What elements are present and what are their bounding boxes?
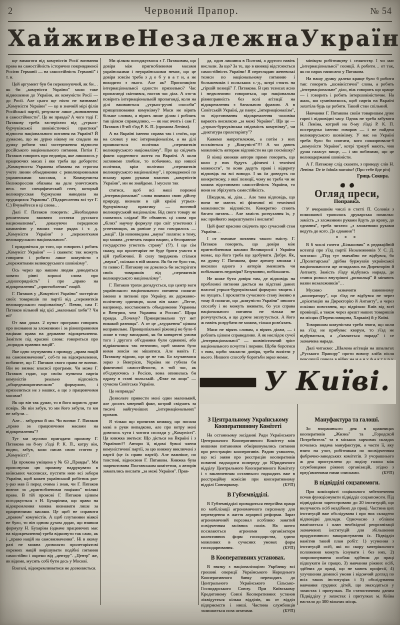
article-title: Мануфактура та галоші.	[302, 417, 392, 424]
column-3-text: да, один лишився в Полтаві, а другого на…	[201, 58, 295, 362]
paragraph: В кінці книжки автори прямо говорять, що…	[201, 155, 295, 194]
headline-word: Незалежна	[137, 26, 300, 52]
article-body: В Губземвідділі провадиться енергійна пр…	[201, 501, 295, 551]
paragraph: На нашу думку далеко краще було б робити…	[300, 76, 394, 109]
paragraph: І от значиме питання такого змісту. Г. П…	[201, 236, 295, 275]
column-4-bottom: Мануфактура та галоші.Зо вчорашнього дня…	[300, 408, 394, 619]
article-title: В підвідділі соцзапомоги.	[302, 480, 392, 487]
paragraph: Маси не вірять словам, а вірять ділам, —…	[201, 327, 295, 360]
paragraph: Навчання Г. Пятакова своїм товаришам дуж…	[300, 111, 394, 161]
paragraph: Тут ми мусимо пригадати промову Г. Пятак…	[6, 436, 98, 458]
column-3-top: да, один лишився в Полтаві, а другого на…	[201, 58, 295, 362]
agency-credit: (БУП)	[283, 608, 295, 614]
paragraph: Яке одно глупування з приводу „права нац…	[6, 349, 98, 399]
paragraph: І придивіться до того, що говорить і роб…	[6, 244, 98, 266]
headline-word: Українська	[301, 26, 400, 52]
paragraph: Я тільки що прочитав книжку, що попала м…	[103, 419, 196, 474]
paragraph: Але… забудемо й ми. Чи визнає Г. Пятаков…	[6, 418, 98, 435]
paragraph: Дозвольте привести мені один маленький, …	[103, 396, 196, 418]
column-3-bottom: З Центральному Українському Кооперативно…	[201, 408, 295, 619]
kyiv-section-title: У Київі.	[264, 367, 391, 397]
page-number: 2	[8, 6, 13, 16]
column-divider	[297, 58, 298, 605]
masthead: 2 Червоний Прапор. № 54	[8, 6, 392, 22]
paragraph: Товаришам комуністам треба знати, що кол…	[300, 322, 394, 344]
floral-divider-icon	[300, 183, 394, 188]
column-divider	[100, 58, 101, 605]
article-title: В Губземвідділі.	[203, 492, 293, 499]
press-review-title: Огляд преси,	[300, 192, 394, 198]
column-4-text: мінімум робітництву і селянству. І чи ма…	[300, 58, 394, 362]
newspaper-page: 2 Червоний Прапор. № 54 ХайживеНезалежна…	[0, 0, 400, 625]
paragraph: Взагалі, відокремлюватися не дозволяєтьс…	[6, 566, 98, 572]
paragraph: мінімум робітництву і селянству. І чи ма…	[300, 58, 394, 75]
column-1-text: ще вимагати від комуністів Росії визнанн…	[6, 58, 98, 571]
paragraph: Не може бути довіря там, де відповідь на…	[201, 276, 295, 326]
agency-credit: (БУП)	[382, 470, 394, 476]
headline-word: живе	[62, 26, 138, 52]
paragraph: Кажемо напротилежне, а потім з них посмі…	[201, 137, 295, 154]
correction-text: У вчорашнім числі в статті П. Соловія з …	[300, 207, 394, 235]
paragraph: Шкодила, ні, діла… Але така відповідь, щ…	[201, 195, 295, 223]
column-2-text: Ми цілком погоджуємося з Г. Пятаковим, щ…	[103, 58, 196, 474]
paragraph: Цей факт красиво свідчить про сучасний с…	[201, 224, 295, 235]
author-signature: Гриць Сокира.	[300, 174, 394, 180]
heavy-rule	[200, 378, 256, 387]
article-body: На останньому засіданні Ради Українськог…	[201, 433, 295, 488]
kyiv-articles-col4: Мануфактура та галоші.Зо вчорашнього дня…	[300, 417, 394, 605]
article-title: З Центральному Українському Кооперативно…	[203, 417, 293, 430]
article-title: В Кооперативних установах.	[203, 555, 293, 562]
paragraph: статися, щоб всі наші порожні „інтернаці…	[103, 188, 196, 282]
paragraph: Як що він так думає, то в його користь д…	[6, 400, 98, 417]
paragraph: От вам доказ. 2 пункт програми говорить …	[6, 320, 98, 348]
kyiv-articles-col3: З Центральному Українському Кооперативно…	[201, 417, 295, 614]
headline-word: Хай	[8, 26, 62, 52]
paragraph: ще вимагати від комуністів Росії визнанн…	[6, 58, 98, 80]
column-1: ще вимагати від комуністів Росії визнанн…	[6, 58, 98, 619]
paragraph: У вчорашнім числі в статті П. Соловія з …	[300, 207, 394, 235]
article-body: Зо вчорашнього дня в крамницях кооперати…	[300, 426, 394, 476]
paragraph: да, один лишився в Полтаві, а другого на…	[201, 58, 295, 135]
paragraph: Це неправда?	[103, 389, 196, 395]
column-4: мінімум робітництву і селянству. І чи ма…	[300, 58, 394, 619]
main-headline: ХайживеНезалежнаУкраїнська	[8, 24, 392, 55]
kyiv-section-banner: У Київі.	[200, 360, 396, 404]
paragraph: Ми цілком погоджуємося з Г. Пятаковим, щ…	[103, 58, 196, 130]
article-body: В звязку з націоналізацією Укрбанку всі …	[201, 564, 295, 614]
paragraph: Ця промова уміщена у № 63 „Правды". Ми п…	[6, 460, 98, 565]
agency-credit: (БУП)	[283, 545, 295, 551]
column-2: Ми цілком погоджуємося з Г. Пятаковим, щ…	[103, 58, 196, 619]
paragraph: Г. Пятаков трохи догадується, що центр в…	[103, 283, 196, 388]
press-review-text: В 6 числі газети „Більшовик" в редакційн…	[300, 242, 394, 362]
column-divider	[198, 58, 199, 605]
paragraph: А на Вкраїні іменно справа так і стоїть,…	[103, 131, 196, 186]
paragraph: В 6 числі газети „Більшовик" в редакційн…	[300, 242, 394, 286]
paragraph: Мусимо зазначити шановному „кооператору"…	[300, 288, 394, 321]
paragraph: Г. Пятаков у „Комуністі України" застері…	[6, 291, 98, 319]
press-review-subtitle: Поправка.	[300, 199, 394, 205]
issue-number: № 54	[370, 6, 392, 16]
paragraph: Цей аргумент був би переконуючий, як би……	[6, 82, 98, 209]
newspaper-title: Червоний Прапор.	[144, 6, 239, 17]
column-4-top: мінімум робітництву і селянству. І чи ма…	[300, 58, 394, 362]
paragraph: Ось через що нашим людям доводиться хова…	[6, 268, 98, 290]
article-body: При комісаріяті соціяльного забезпечення…	[300, 489, 394, 605]
paragraph: Далі Г. Пятаков говорить: „Необходимо ре…	[6, 210, 98, 243]
agency-credit: (БУП)	[283, 482, 295, 488]
lead-article-end: мінімум робітництву і селянству. І чи ма…	[300, 58, 394, 173]
column-3: да, один лишився в Полтаві, а другого на…	[201, 58, 295, 619]
star-separator: * * *	[300, 236, 394, 242]
paragraph: А Г. Пятакову слід сказати, з приводу сл…	[300, 162, 394, 173]
